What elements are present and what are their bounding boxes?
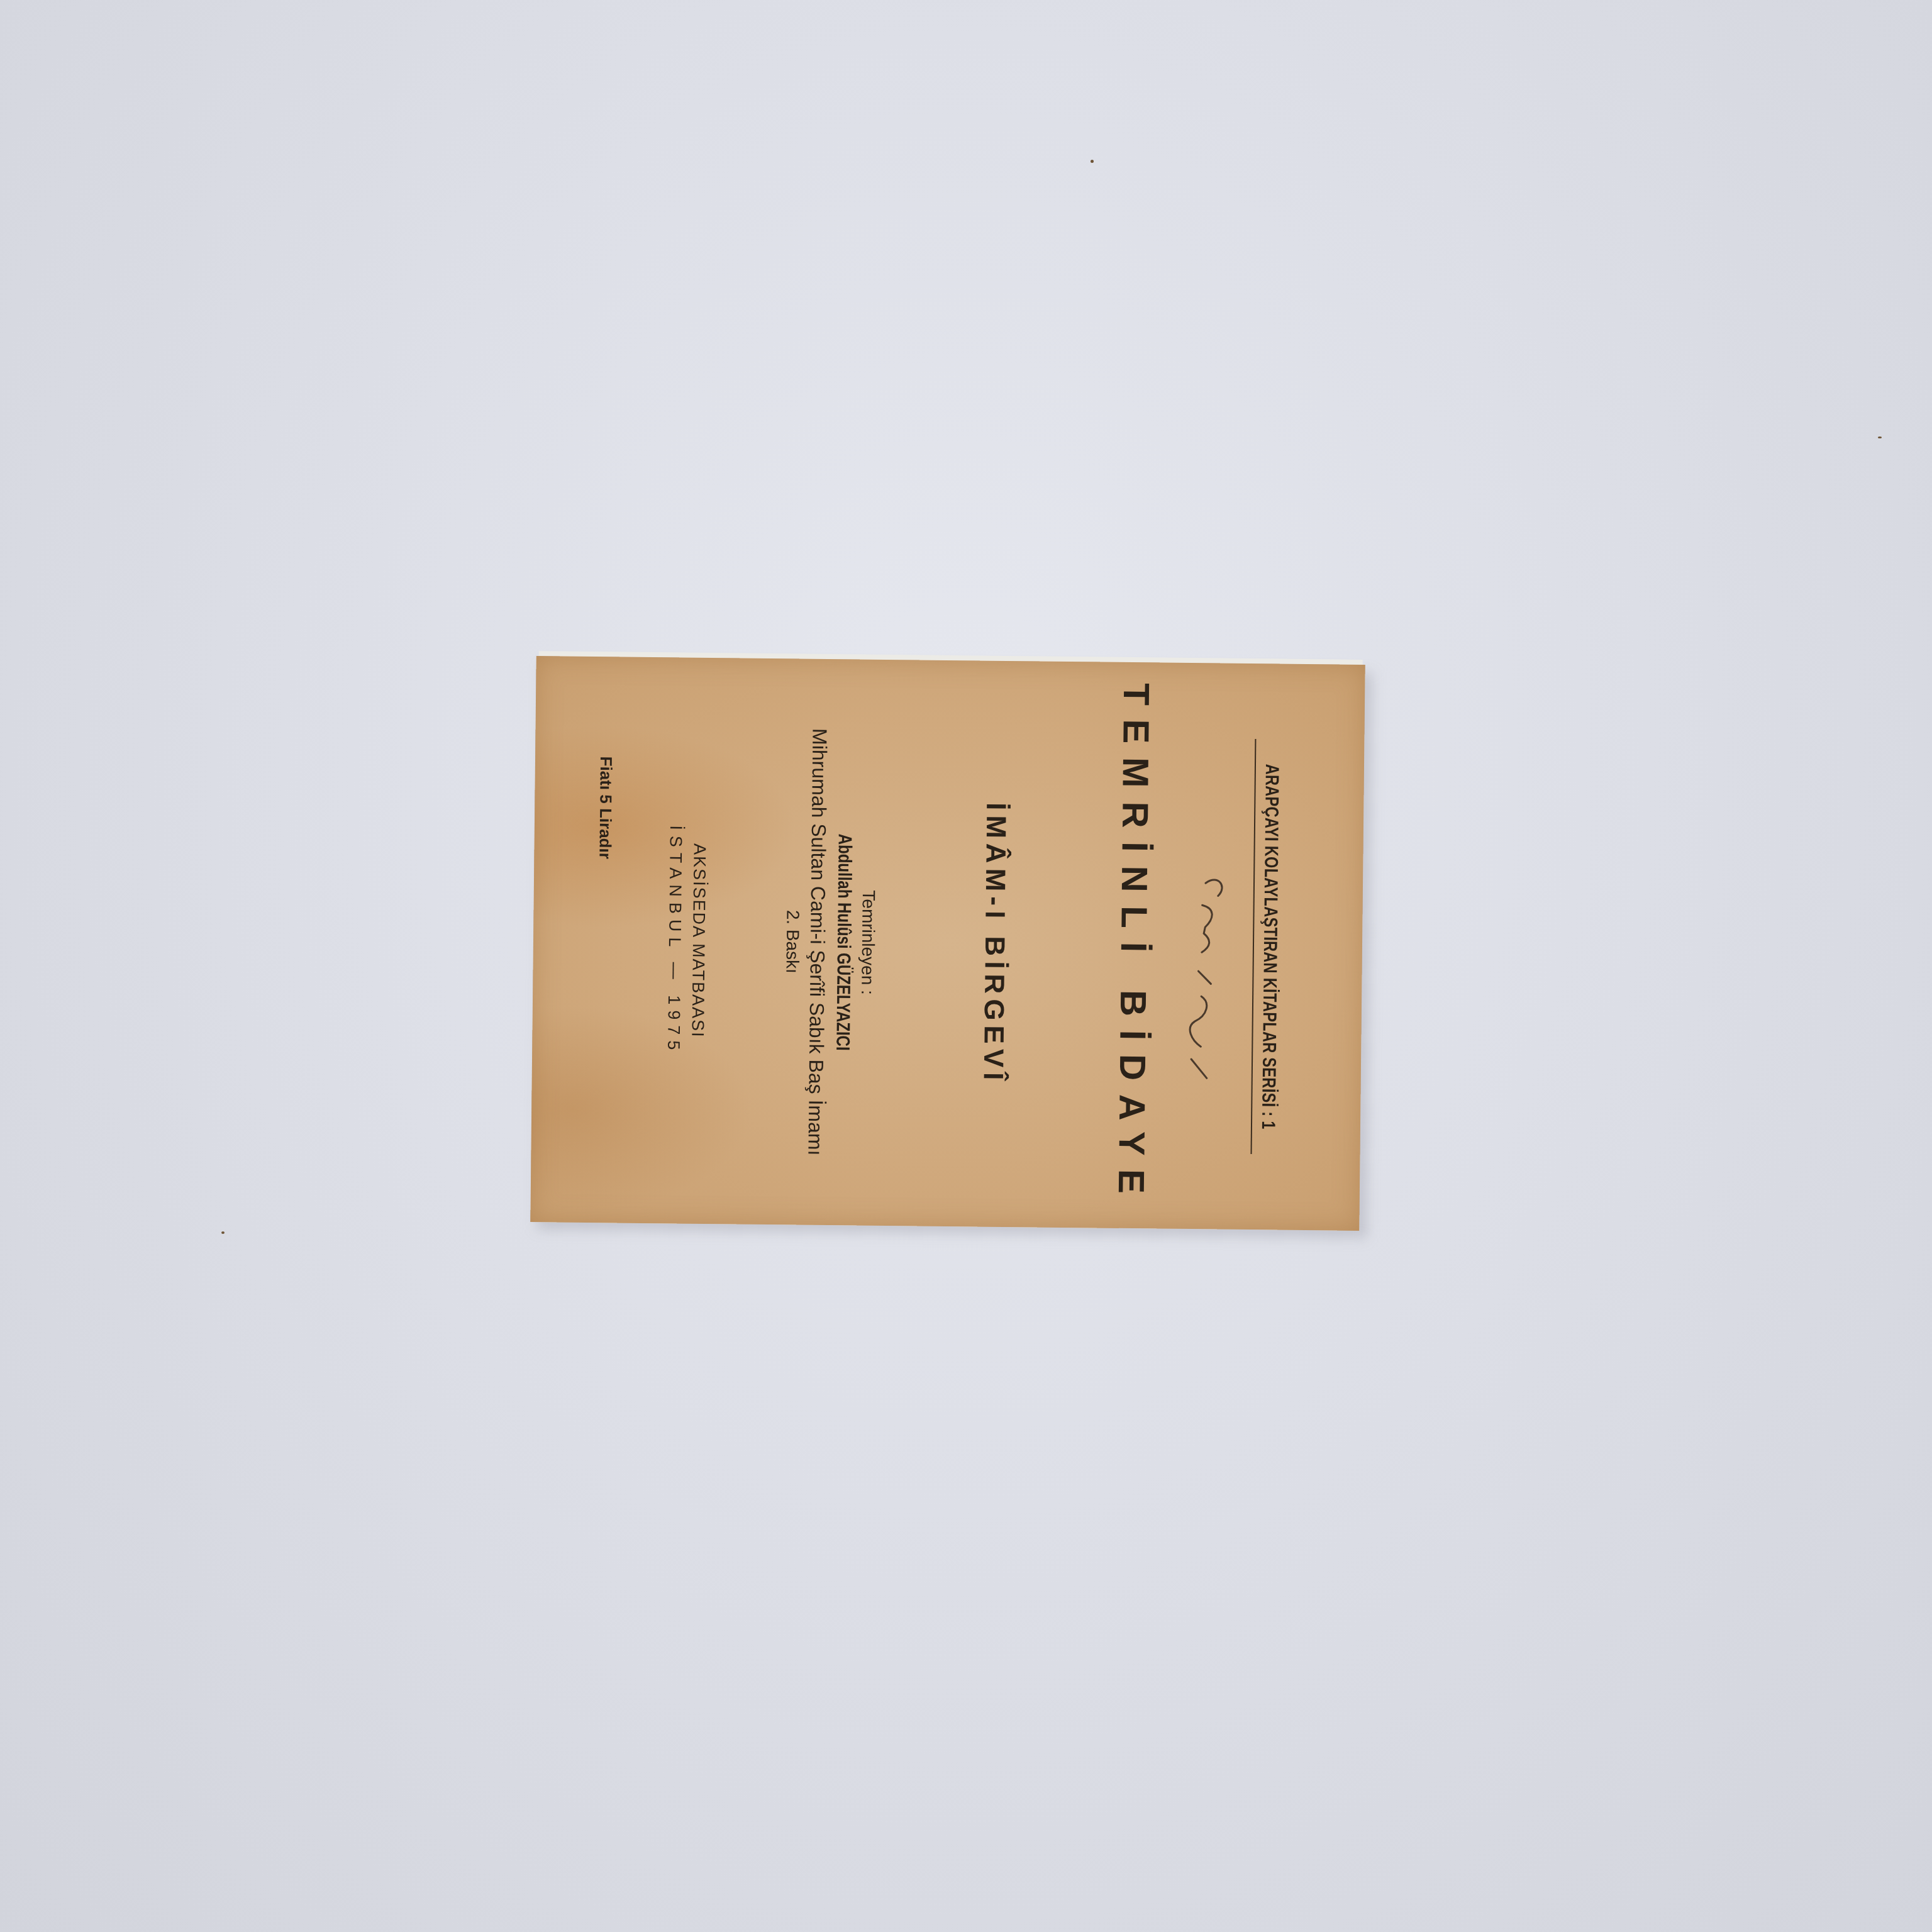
publisher-name: AKSİSEDA MATBAASI <box>686 658 711 1224</box>
price-label: Fiatı 5 Liradır <box>591 392 619 1223</box>
place-year: İSTANBUL — 1975 <box>662 657 687 1223</box>
series-underline <box>1251 739 1257 1154</box>
edition-label: 2. Baskı <box>779 658 805 1224</box>
series-title: ARAPÇAYI KOLAYLAŞTIRAN KİTAPLAR SERİSİ :… <box>1257 726 1282 1167</box>
author-name: İMÂM-I BİRGEVÎ <box>975 661 1013 1227</box>
handwritten-signature <box>1178 870 1231 1110</box>
dust-speck <box>221 1231 225 1234</box>
editor-role: Mihrumah Sultan Cami-i Şerîfi Sabık Baş … <box>802 659 831 1225</box>
booklet-cover: ARAPÇAYI KOLAYLAŞTIRAN KİTAPLAR SERİSİ :… <box>530 656 1365 1231</box>
cover-page: ARAPÇAYI KOLAYLAŞTIRAN KİTAPLAR SERİSİ :… <box>530 656 1365 1231</box>
editor-name: Abdullah Hulûsi GÜZELYAZICI <box>830 716 857 1169</box>
book-title: TEMRİNLİ BİDAYE <box>1109 662 1157 1229</box>
editor-label: Temrinleyen : <box>855 660 880 1226</box>
dust-speck <box>1878 436 1882 438</box>
dust-speck <box>1091 160 1094 163</box>
